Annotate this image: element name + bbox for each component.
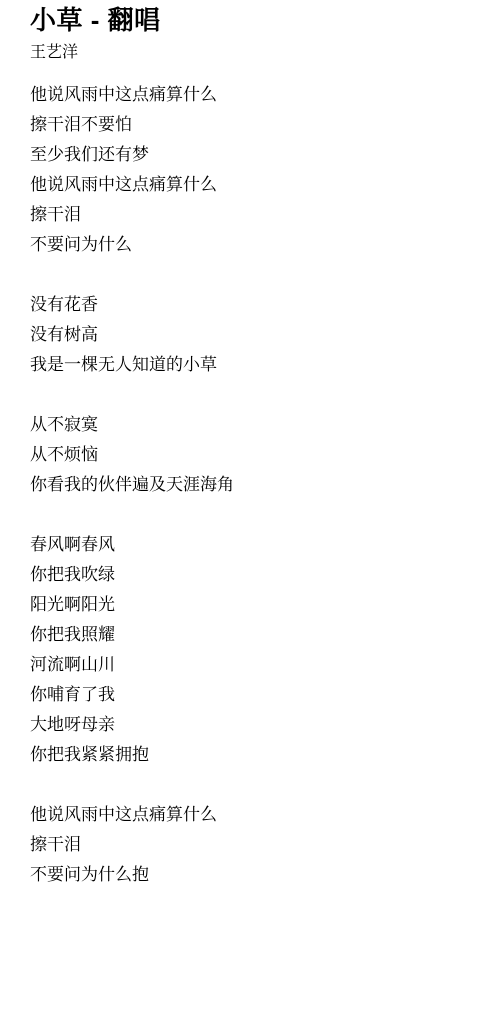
lyric-line: 不要问为什么抱 — [30, 860, 480, 890]
lyric-line: 没有花香 — [30, 290, 480, 320]
lyric-line: 你把我紧紧拥抱 — [30, 740, 480, 770]
lyric-line: 从不寂寞 — [30, 410, 480, 440]
lyrics-body: 他说风雨中这点痛算什么擦干泪不要怕至少我们还有梦他说风雨中这点痛算什么擦干泪不要… — [30, 80, 480, 890]
lyrics-page: 小草 - 翻唱 王艺洋 他说风雨中这点痛算什么擦干泪不要怕至少我们还有梦他说风雨… — [0, 0, 500, 890]
lyric-line: 擦干泪 — [30, 200, 480, 230]
lyric-line: 春风啊春风 — [30, 530, 480, 560]
artist-name: 王艺洋 — [30, 42, 480, 64]
lyric-line: 你把我照耀 — [30, 620, 480, 650]
stanza: 没有花香没有树高我是一棵无人知道的小草 — [30, 290, 480, 380]
lyric-line: 河流啊山川 — [30, 650, 480, 680]
lyric-line: 你把我吹绿 — [30, 560, 480, 590]
lyric-line: 阳光啊阳光 — [30, 590, 480, 620]
lyric-line: 擦干泪不要怕 — [30, 110, 480, 140]
lyric-line: 他说风雨中这点痛算什么 — [30, 170, 480, 200]
lyric-line: 他说风雨中这点痛算什么 — [30, 800, 480, 830]
stanza: 他说风雨中这点痛算什么擦干泪不要怕至少我们还有梦他说风雨中这点痛算什么擦干泪不要… — [30, 80, 480, 260]
stanza: 从不寂寞从不烦恼你看我的伙伴遍及天涯海角 — [30, 410, 480, 500]
stanza: 他说风雨中这点痛算什么擦干泪不要问为什么抱 — [30, 800, 480, 890]
stanza: 春风啊春风你把我吹绿阳光啊阳光你把我照耀河流啊山川你哺育了我大地呀母亲你把我紧紧… — [30, 530, 480, 770]
page-title: 小草 - 翻唱 — [30, 4, 480, 36]
lyric-line: 不要问为什么 — [30, 230, 480, 260]
lyric-line: 他说风雨中这点痛算什么 — [30, 80, 480, 110]
lyric-line: 擦干泪 — [30, 830, 480, 860]
lyric-line: 我是一棵无人知道的小草 — [30, 350, 480, 380]
lyric-line: 你看我的伙伴遍及天涯海角 — [30, 470, 480, 500]
lyric-line: 你哺育了我 — [30, 680, 480, 710]
lyric-line: 至少我们还有梦 — [30, 140, 480, 170]
lyric-line: 从不烦恼 — [30, 440, 480, 470]
lyric-line: 大地呀母亲 — [30, 710, 480, 740]
lyric-line: 没有树高 — [30, 320, 480, 350]
